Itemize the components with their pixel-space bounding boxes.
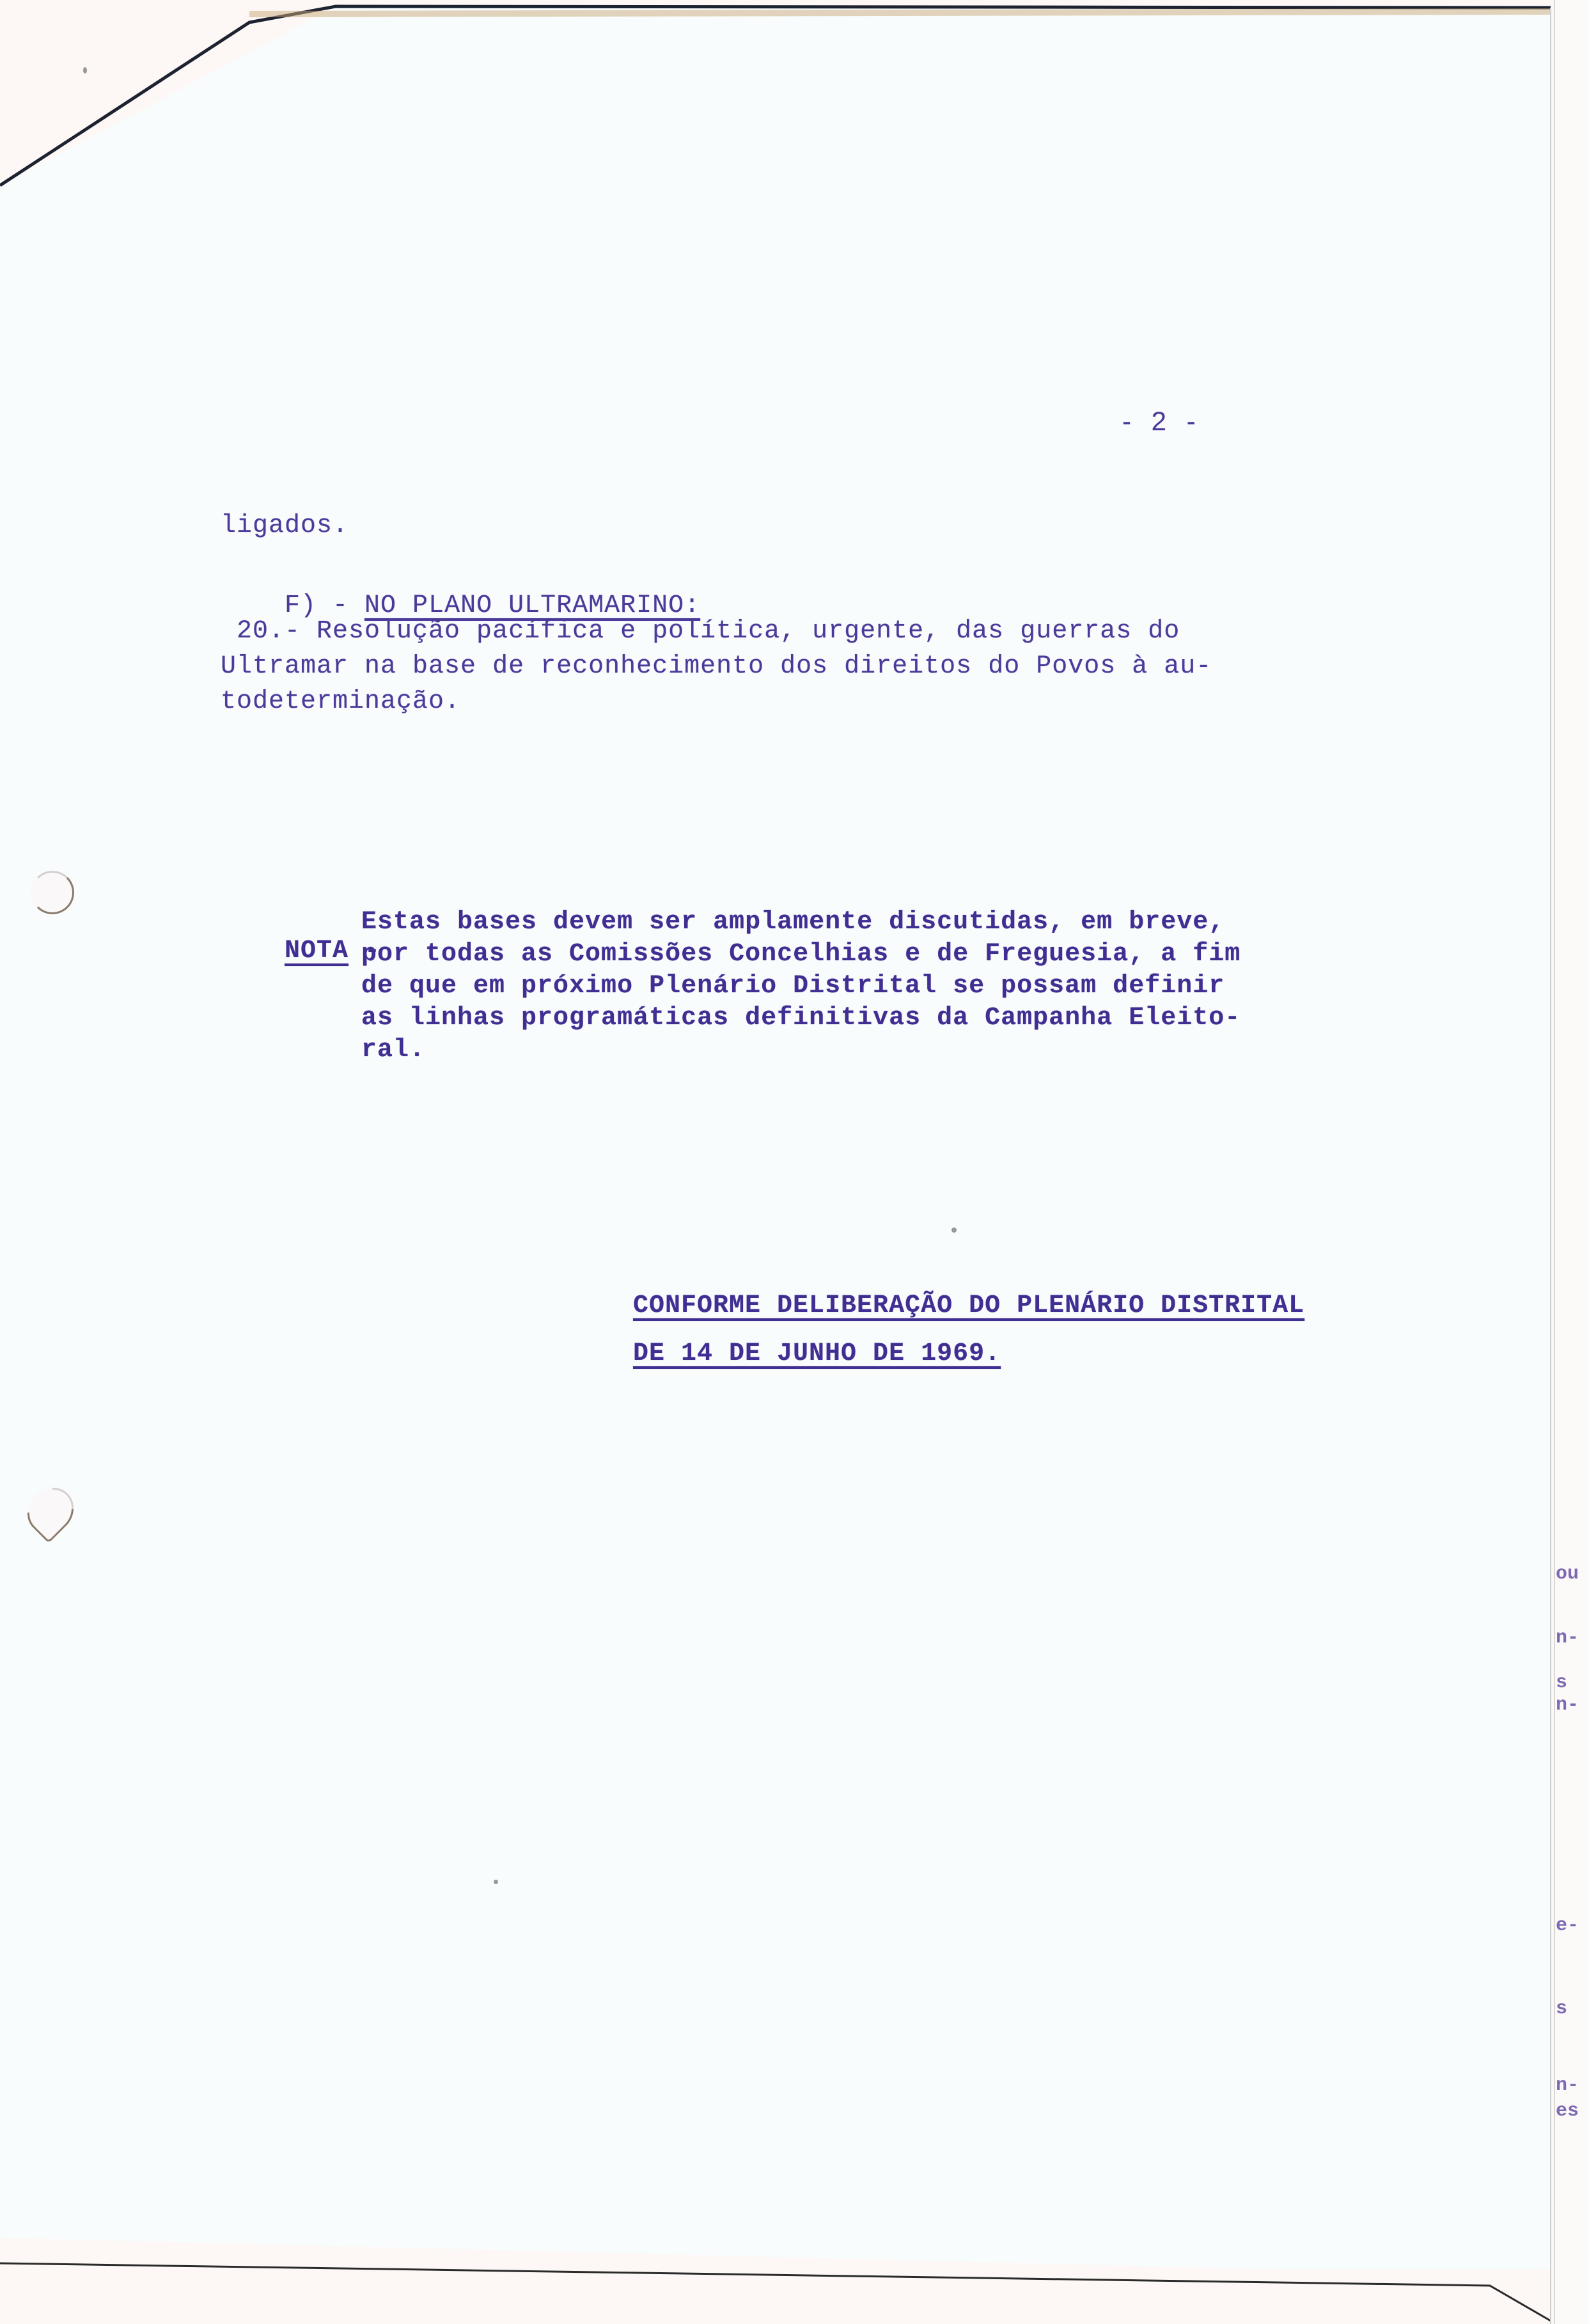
nota-line-3: de que em próximo Plenário Distrital se …	[361, 972, 1225, 1001]
nota-line-1: Estas bases devem ser amplamente discuti…	[361, 908, 1225, 937]
adjacent-page-fragment: n-	[1556, 2075, 1579, 2096]
punch-hole	[31, 871, 74, 914]
adjacent-page-fragment: s	[1556, 1672, 1567, 1694]
section-title: NO PLANO ULTRAMARINO:	[364, 591, 700, 620]
nota-line-4: as linhas programáticas definitivas da C…	[361, 1004, 1241, 1033]
adjacent-page-fragment: s	[1556, 1998, 1567, 2020]
closing-line-1: CONFORME DELIBERAÇÃO DO PLENÁRIO DISTRIT…	[633, 1291, 1304, 1320]
nota-label: NOTA	[285, 937, 348, 965]
adjacent-page-fragment: es	[1556, 2100, 1579, 2122]
adjacent-page-edge	[1554, 0, 1589, 2324]
ink-speck	[951, 1228, 957, 1233]
nota-label-row: NOTA -	[221, 908, 380, 994]
item-20-line-1: 20.- Resolução pacífica e política, urge…	[237, 617, 1180, 646]
scanned-page: ou n- s n- e- s n- es - 2 - ligados. F) …	[0, 0, 1589, 2324]
item-20-line-2: Ultramar na base de reconhecimento dos d…	[221, 652, 1212, 681]
item-20-line-3: todeterminação.	[221, 687, 460, 716]
adjacent-page-fragment: n-	[1556, 1627, 1579, 1649]
continuation-text: ligados.	[221, 511, 348, 540]
adjacent-page-fragment: n-	[1556, 1694, 1579, 1716]
paper-sheet	[0, 0, 1554, 2270]
nota-line-5: ral.	[361, 1036, 425, 1065]
ink-speck	[83, 67, 87, 74]
page-number: - 2 -	[1122, 406, 1202, 437]
closing-line-2: DE 14 DE JUNHO DE 1969.	[633, 1339, 1001, 1368]
ink-speck	[494, 1880, 498, 1884]
adjacent-page-fragment: e-	[1556, 1915, 1579, 1937]
section-label: F) -	[285, 591, 348, 620]
nota-line-2: por todas as Comissões Concelhias e de F…	[361, 940, 1241, 969]
adjacent-page-fragment: ou	[1556, 1563, 1579, 1585]
